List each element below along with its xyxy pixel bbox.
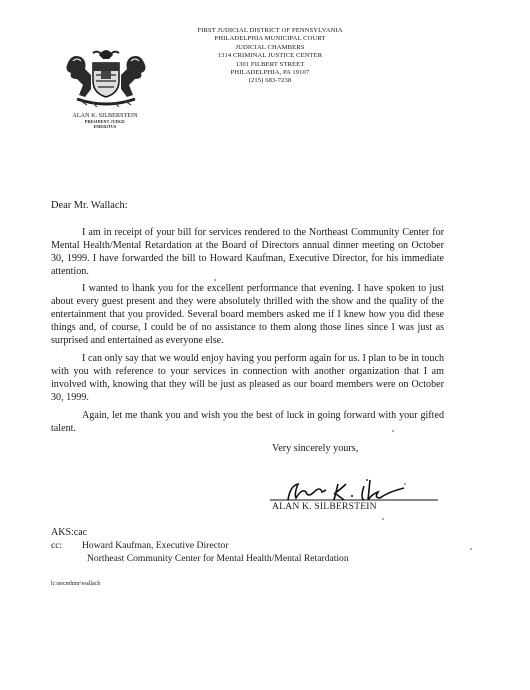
- scan-speck: [382, 518, 384, 520]
- judge-subtitle: Emeritus: [55, 124, 155, 129]
- letterhead-line: (215) 683-7238: [175, 77, 365, 85]
- letterhead-line: 1301 Filbert Street: [175, 61, 365, 69]
- salutation: Dear Mr. Wallach:: [51, 200, 128, 211]
- file-path: h:\necmhmr\wallach: [51, 581, 100, 587]
- letterhead-line: Philadelphia, PA 19107: [175, 69, 365, 77]
- letterhead-line: 1314 Criminal Justice Center: [175, 52, 365, 60]
- pennsylvania-coat-of-arms-icon: [63, 45, 149, 107]
- scan-speck: [214, 279, 216, 281]
- letterhead-line: Philadelphia Municipal Court: [175, 35, 365, 43]
- body-paragraph: I can only say that we would enjoy havin…: [51, 353, 444, 405]
- cc-line: Northeast Community Center for Mental He…: [82, 553, 349, 566]
- letterhead-line: First Judicial District of Pennsylvania: [175, 27, 365, 35]
- judge-name: Alan K. Silberstein: [55, 112, 155, 119]
- cc-label: cc:: [51, 540, 81, 553]
- letterhead: First Judicial District of Pennsylvania …: [175, 27, 365, 86]
- signer-name: Alan K. Silberstein: [272, 501, 377, 512]
- body-paragraph: I wanted to thank you for the excellent …: [51, 283, 444, 348]
- letterhead-line: Judicial Chambers: [175, 44, 365, 52]
- closing: Very sincerely yours,: [272, 443, 358, 454]
- judge-block: Alan K. Silberstein President Judge Emer…: [55, 112, 155, 129]
- body-paragraph: Again, let me thank you and wish you the…: [51, 410, 444, 436]
- scan-speck: [470, 548, 472, 550]
- body-paragraph: I am in receipt of your bill for service…: [51, 227, 444, 279]
- scan-speck: [392, 430, 394, 432]
- scan-speck: [132, 283, 134, 285]
- scan-speck: [404, 483, 406, 485]
- cc-line: Howard Kaufman, Executive Director: [82, 540, 349, 553]
- typist-initials: AKS:cac: [51, 527, 87, 538]
